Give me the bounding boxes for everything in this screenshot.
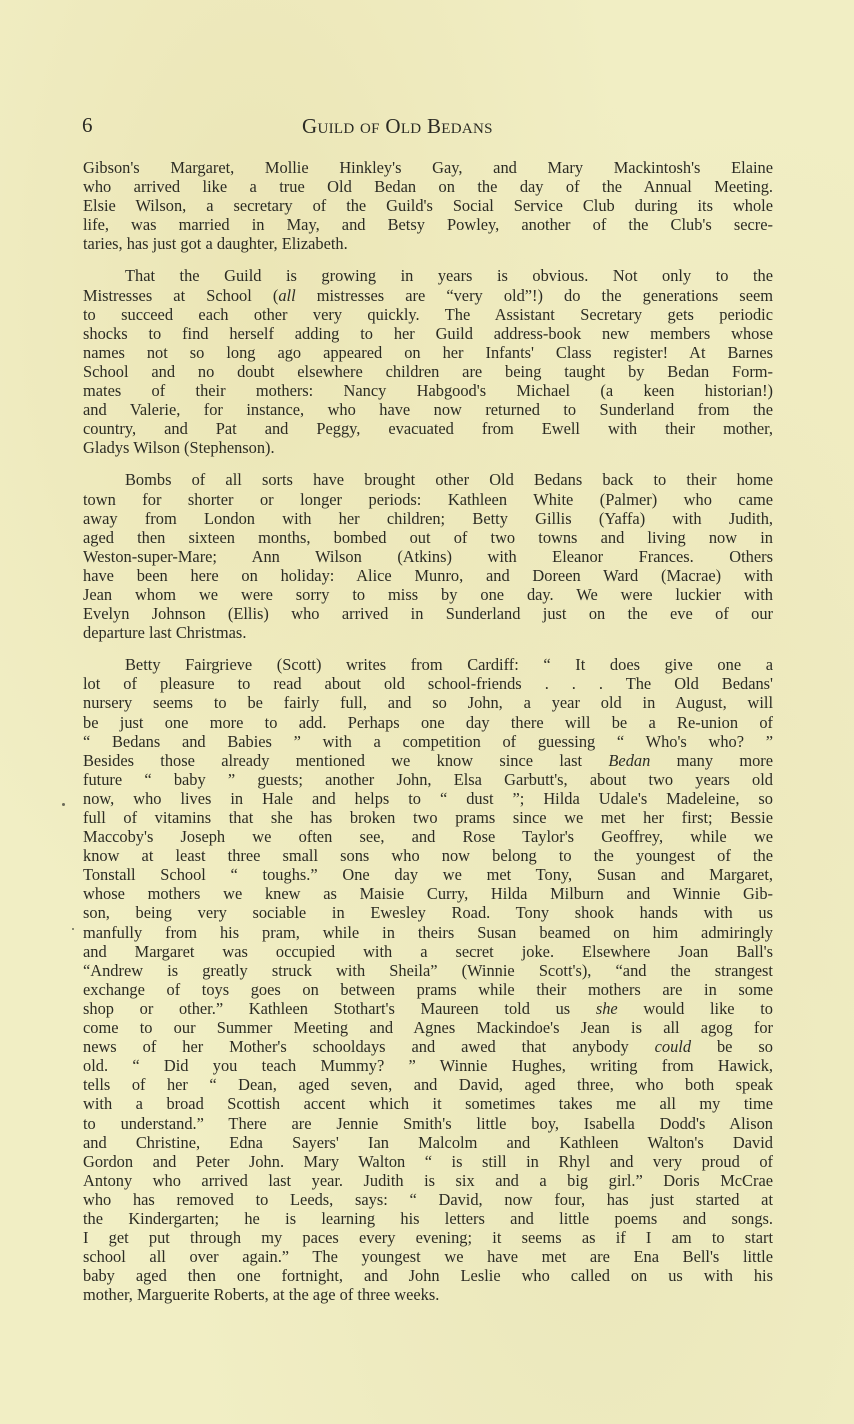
text-line: Betty Fairgrieve (Scott) writes from Car…: [83, 655, 773, 674]
text-line: Elsie Wilson, a secretary of the Guild's…: [83, 196, 773, 215]
text-line: have been here on holiday: Alice Munro, …: [83, 566, 773, 585]
text-line: Jean whom we were sorry to miss by one d…: [83, 585, 773, 604]
text-line: and Christine, Edna Sayers' Ian Malcolm …: [83, 1133, 773, 1152]
text-line: old. “ Did you teach Mummy? ” Winnie Hug…: [83, 1056, 773, 1075]
text-line: Gibson's Margaret, Mollie Hinkley's Gay,…: [83, 158, 773, 177]
paragraph: That the Guild is growing in years is ob…: [83, 266, 773, 457]
text-line: mates of their mothers: Nancy Habgood's …: [83, 381, 773, 400]
text-line: full of vitamins that she has broken two…: [83, 808, 773, 827]
text-line: whose mothers we knew as Maisie Curry, H…: [83, 884, 773, 903]
italic-text: Bedan: [608, 751, 650, 770]
paragraph: Bombs of all sorts have brought other Ol…: [83, 470, 773, 642]
text-line: away from London with her children; Bett…: [83, 509, 773, 528]
text-line: Gladys Wilson (Stephenson).: [83, 438, 773, 457]
body-text: Gibson's Margaret, Mollie Hinkley's Gay,…: [83, 158, 773, 1304]
text-line: Gordon and Peter John. Mary Walton “ is …: [83, 1152, 773, 1171]
text-line: Weston-super-Mare; Ann Wilson (Atkins) w…: [83, 547, 773, 566]
text-line: tells of her “ Dean, aged seven, and Dav…: [83, 1075, 773, 1094]
text-line: know at least three small sons who now b…: [83, 846, 773, 865]
text-line: aged then sixteen months, bombed out of …: [83, 528, 773, 547]
text-line: baby aged then one fortnight, and John L…: [83, 1266, 773, 1285]
text-line: Antony who arrived last year. Judith is …: [83, 1171, 773, 1190]
paragraph: Betty Fairgrieve (Scott) writes from Car…: [83, 655, 773, 1304]
document-page: 6 Guild of Old Bedans Gibson's Margaret,…: [0, 0, 854, 1424]
text-line: school all over again.” The youngest we …: [83, 1247, 773, 1266]
text-line: who arrived like a true Old Bedan on the…: [83, 177, 773, 196]
page-number: 6: [82, 113, 93, 138]
text-line: manfully from his pram, while in theirs …: [83, 923, 773, 942]
italic-text: all: [278, 286, 295, 305]
text-line: shocks to find herself adding to her Gui…: [83, 324, 773, 343]
text-line: nursery seems to be fairly full, and so …: [83, 693, 773, 712]
text-line: School and no doubt elsewhere children a…: [83, 362, 773, 381]
text-line: names not so long ago appeared on her In…: [83, 343, 773, 362]
running-title: Guild of Old Bedans: [302, 114, 493, 139]
text-line: son, being very sociable in Ewesley Road…: [83, 903, 773, 922]
text-line: be just one more to add. Perhaps one day…: [83, 713, 773, 732]
text-line: with a broad Scottish accent which it so…: [83, 1094, 773, 1113]
text-line: exchange of toys goes on between prams w…: [83, 980, 773, 999]
italic-text: could: [655, 1037, 691, 1056]
paper-speck: [72, 928, 74, 930]
text-line: Maccoby's Joseph we often see, and Rose …: [83, 827, 773, 846]
text-line: “Andrew is greatly struck with Sheila” (…: [83, 961, 773, 980]
text-line: lot of pleasure to read about old school…: [83, 674, 773, 693]
text-line: Mistresses at School (all mistresses are…: [83, 286, 773, 305]
text-line: Bombs of all sorts have brought other Ol…: [83, 470, 773, 489]
text-line: town for shorter or longer periods: Kath…: [83, 490, 773, 509]
text-line: to understand.” There are Jennie Smith's…: [83, 1114, 773, 1133]
paper-speck: [62, 803, 65, 806]
text-line: Besides those already mentioned we know …: [83, 751, 773, 770]
text-line: “ Bedans and Babies ” with a competition…: [83, 732, 773, 751]
text-line: life, was married in May, and Betsy Powl…: [83, 215, 773, 234]
text-line: country, and Pat and Peggy, evacuated fr…: [83, 419, 773, 438]
text-line: who has removed to Leeds, says: “ David,…: [83, 1190, 773, 1209]
text-line: to succeed each other very quickly. The …: [83, 305, 773, 324]
text-line: That the Guild is growing in years is ob…: [83, 266, 773, 285]
italic-text: she: [596, 999, 618, 1018]
text-line: departure last Christmas.: [83, 623, 773, 642]
text-line: Evelyn Johnson (Ellis) who arrived in Su…: [83, 604, 773, 623]
text-line: now, who lives in Hale and helps to “ du…: [83, 789, 773, 808]
text-line: taries, has just got a daughter, Elizabe…: [83, 234, 773, 253]
text-line: mother, Marguerite Roberts, at the age o…: [83, 1285, 773, 1304]
text-line: shop or other.” Kathleen Stothart's Maur…: [83, 999, 773, 1018]
paragraph: Gibson's Margaret, Mollie Hinkley's Gay,…: [83, 158, 773, 253]
text-line: news of her Mother's schooldays and awed…: [83, 1037, 773, 1056]
text-line: and Margaret was occupied with a secret …: [83, 942, 773, 961]
text-line: the Kindergarten; he is learning his let…: [83, 1209, 773, 1228]
text-line: Tonstall School “ toughs.” One day we me…: [83, 865, 773, 884]
text-line: and Valerie, for instance, who have now …: [83, 400, 773, 419]
text-line: I get put through my paces every evening…: [83, 1228, 773, 1247]
text-line: future “ baby ” guests; another John, El…: [83, 770, 773, 789]
text-line: come to our Summer Meeting and Agnes Mac…: [83, 1018, 773, 1037]
running-header: 6 Guild of Old Bedans: [82, 113, 772, 143]
